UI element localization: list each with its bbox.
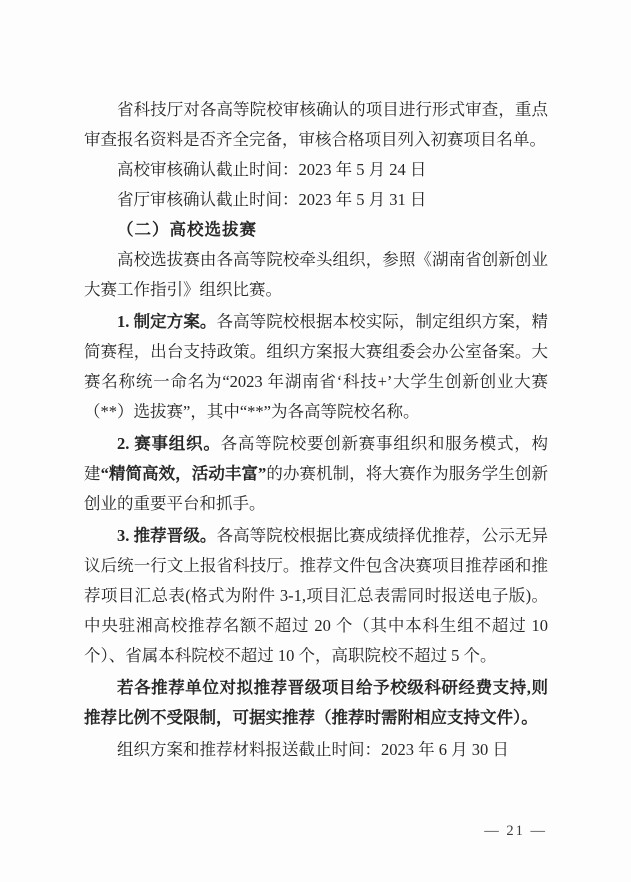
text-run: 省厅审核确认截止时间：2023 年 5 月 31 日 (117, 190, 426, 209)
text-run: 高校选拔赛由各高等院校牵头组织，参照《湖南省创新创业大赛工作指引》组织比赛。 (84, 250, 548, 299)
text-run: 组织方案和推荐材料报送截止时间：2023 年 6 月 30 日 (117, 740, 509, 759)
paragraph: 省厅审核确认截止时间：2023 年 5 月 31 日 (84, 185, 548, 215)
text-run-bold: （二）高校选拔赛 (117, 220, 257, 239)
paragraph: 3. 推荐晋级。各高等院校根据比赛成绩择优推荐，公示无异议后统一行文上报省科技厅… (84, 521, 548, 671)
paragraph: 组织方案和推荐材料报送截止时间：2023 年 6 月 30 日 (84, 735, 548, 765)
section-heading: （二）高校选拔赛 (84, 215, 548, 245)
text-run-bold: “精简高效，活动丰富” (101, 464, 267, 483)
document-page: 省科技厅对各高等院校审核确认的项目进行形式审查，重点审查报名资料是否齐全完备，审… (0, 0, 631, 882)
paragraph: 省科技厅对各高等院校审核确认的项目进行形式审查，重点审查报名资料是否齐全完备，审… (84, 95, 548, 155)
text-run: 省科技厅对各高等院校审核确认的项目进行形式审查，重点审查报名资料是否齐全完备，审… (84, 100, 548, 149)
paragraph: 1. 制定方案。各高等院校根据本校实际，制定组织方案，精简赛程，出台支持政策。组… (84, 307, 548, 427)
text-run-bold: 1. 制定方案。 (117, 312, 216, 331)
paragraph: 高校审核确认截止时间：2023 年 5 月 24 日 (84, 155, 548, 185)
text-run-bold: 2. 赛事组织。 (117, 434, 221, 453)
page-number: — 21 — (484, 823, 547, 840)
document-body: 省科技厅对各高等院校审核确认的项目进行形式审查，重点审查报名资料是否齐全完备，审… (84, 95, 548, 765)
paragraph: 若各推荐单位对拟推荐晋级项目给予校级科研经费支持,则推荐比例不受限制，可据实推荐… (84, 673, 548, 733)
paragraph: 高校选拔赛由各高等院校牵头组织，参照《湖南省创新创业大赛工作指引》组织比赛。 (84, 245, 548, 305)
paragraph: 2. 赛事组织。各高等院校要创新赛事组织和服务模式，构建“精简高效，活动丰富”的… (84, 429, 548, 519)
text-run-bold: 若各推荐单位对拟推荐晋级项目给予校级科研经费支持,则推荐比例不受限制，可据实推荐… (84, 678, 548, 727)
text-run: 高校审核确认截止时间：2023 年 5 月 24 日 (117, 160, 426, 179)
text-run: 各高等院校根据比赛成绩择优推荐，公示无异议后统一行文上报省科技厅。推荐文件包含决… (84, 526, 548, 665)
text-run-bold: 3. 推荐晋级。 (117, 526, 216, 545)
